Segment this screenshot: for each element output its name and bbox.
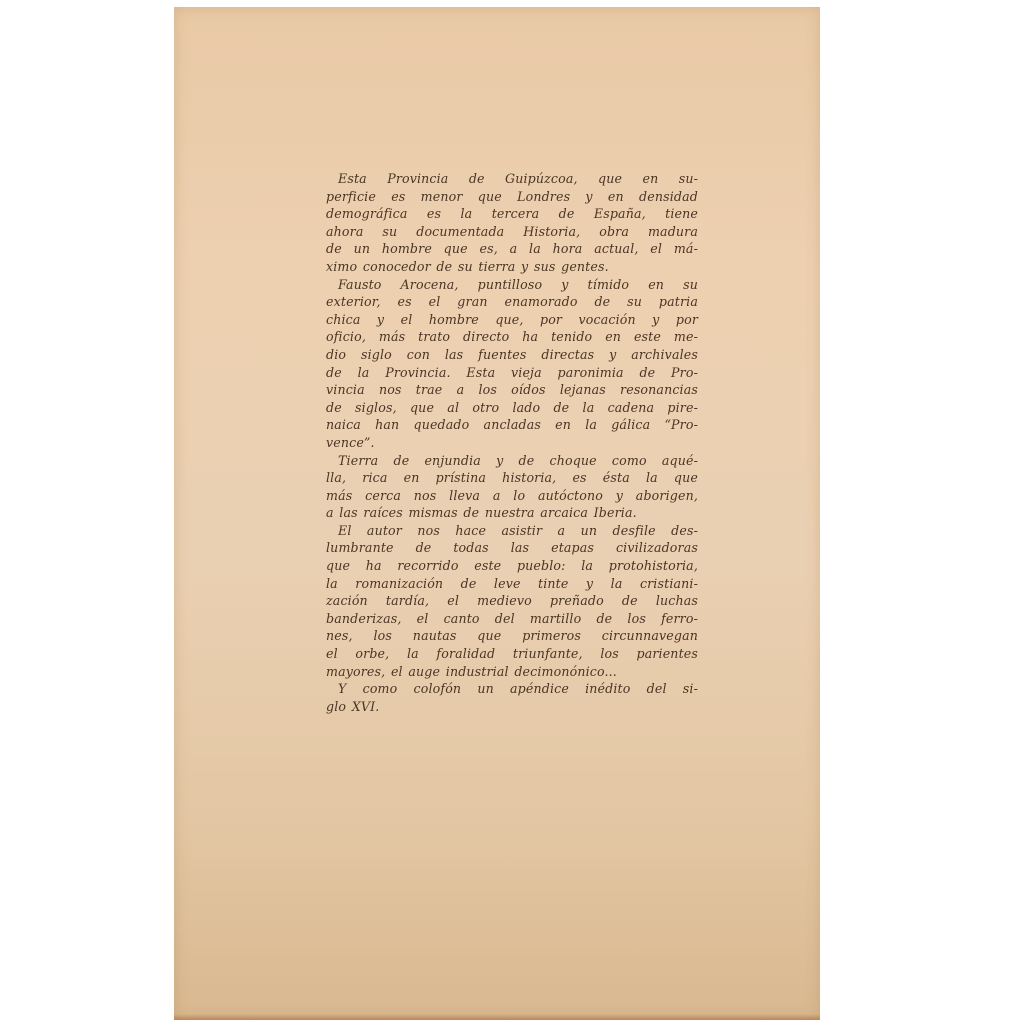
- blurb-line: ximo conocedor de su tierra y sus gentes…: [326, 258, 698, 276]
- blurb-line: más cerca nos lleva a lo autóctono y abo…: [326, 487, 698, 505]
- blurb-line: de siglos, que al otro lado de la cadena…: [326, 399, 698, 417]
- blurb-line: Tierra de enjundia y de choque como aqué…: [326, 452, 698, 470]
- book-back-cover: Esta Provincia de Guipúzcoa, que en su-p…: [174, 7, 820, 1020]
- blurb-paragraph: Esta Provincia de Guipúzcoa, que en su-p…: [326, 170, 698, 276]
- blurb-line: perficie es menor que Londres y en densi…: [326, 188, 698, 206]
- blurb-line: Esta Provincia de Guipúzcoa, que en su-: [326, 170, 698, 188]
- blurb-paragraph: Tierra de enjundia y de choque como aqué…: [326, 452, 698, 522]
- blurb-line: Fausto Arocena, puntilloso y tímido en s…: [326, 276, 698, 294]
- blurb-line: lla, rica en prístina historia, es ésta …: [326, 469, 698, 487]
- blurb-line: que ha recorrido este pueblo: la protohi…: [326, 557, 698, 575]
- blurb-line: zación tardía, el medievo preñado de luc…: [326, 592, 698, 610]
- blurb-line: el orbe, la foralidad triunfante, los pa…: [326, 645, 698, 663]
- blurb-line: demográfica es la tercera de España, tie…: [326, 205, 698, 223]
- blurb-paragraph: El autor nos hace asistir a un desfile d…: [326, 522, 698, 680]
- blurb-line: oficio, más trato directo ha tenido en e…: [326, 328, 698, 346]
- blurb-line: nes, los nautas que primeros circunnaveg…: [326, 627, 698, 645]
- blurb-line: la romanización de leve tinte y la crist…: [326, 575, 698, 593]
- blurb-line: de un hombre que es, a la hora actual, e…: [326, 240, 698, 258]
- blurb-paragraph: Fausto Arocena, puntilloso y tímido en s…: [326, 276, 698, 452]
- blurb-line: El autor nos hace asistir a un desfile d…: [326, 522, 698, 540]
- blurb-line: mayores, el auge industrial decimonónico…: [326, 663, 698, 681]
- blurb-line: a las raíces mismas de nuestra arcaica I…: [326, 504, 698, 522]
- blurb-line: dio siglo con las fuentes directas y arc…: [326, 346, 698, 364]
- blurb-line: glo XVI.: [326, 698, 698, 716]
- blurb-line: ahora su documentada Historia, obra madu…: [326, 223, 698, 241]
- blurb-line: vincia nos trae a los oídos lejanas reso…: [326, 381, 698, 399]
- blurb-line: exterior, es el gran enamorado de su pat…: [326, 293, 698, 311]
- blurb-line: naica han quedado ancladas en la gálica …: [326, 416, 698, 434]
- blurb-line: lumbrante de todas las etapas civilizado…: [326, 539, 698, 557]
- cover-blurb-text: Esta Provincia de Guipúzcoa, que en su-p…: [326, 170, 698, 715]
- blurb-paragraph: Y como colofón un apéndice inédito del s…: [326, 680, 698, 715]
- blurb-line: de la Provincia. Esta vieja paronimia de…: [326, 364, 698, 382]
- blurb-line: Y como colofón un apéndice inédito del s…: [326, 680, 698, 698]
- blurb-line: banderizas, el canto del martillo de los…: [326, 610, 698, 628]
- blurb-line: chica y el hombre que, por vocación y po…: [326, 311, 698, 329]
- blurb-line: vence”.: [326, 434, 698, 452]
